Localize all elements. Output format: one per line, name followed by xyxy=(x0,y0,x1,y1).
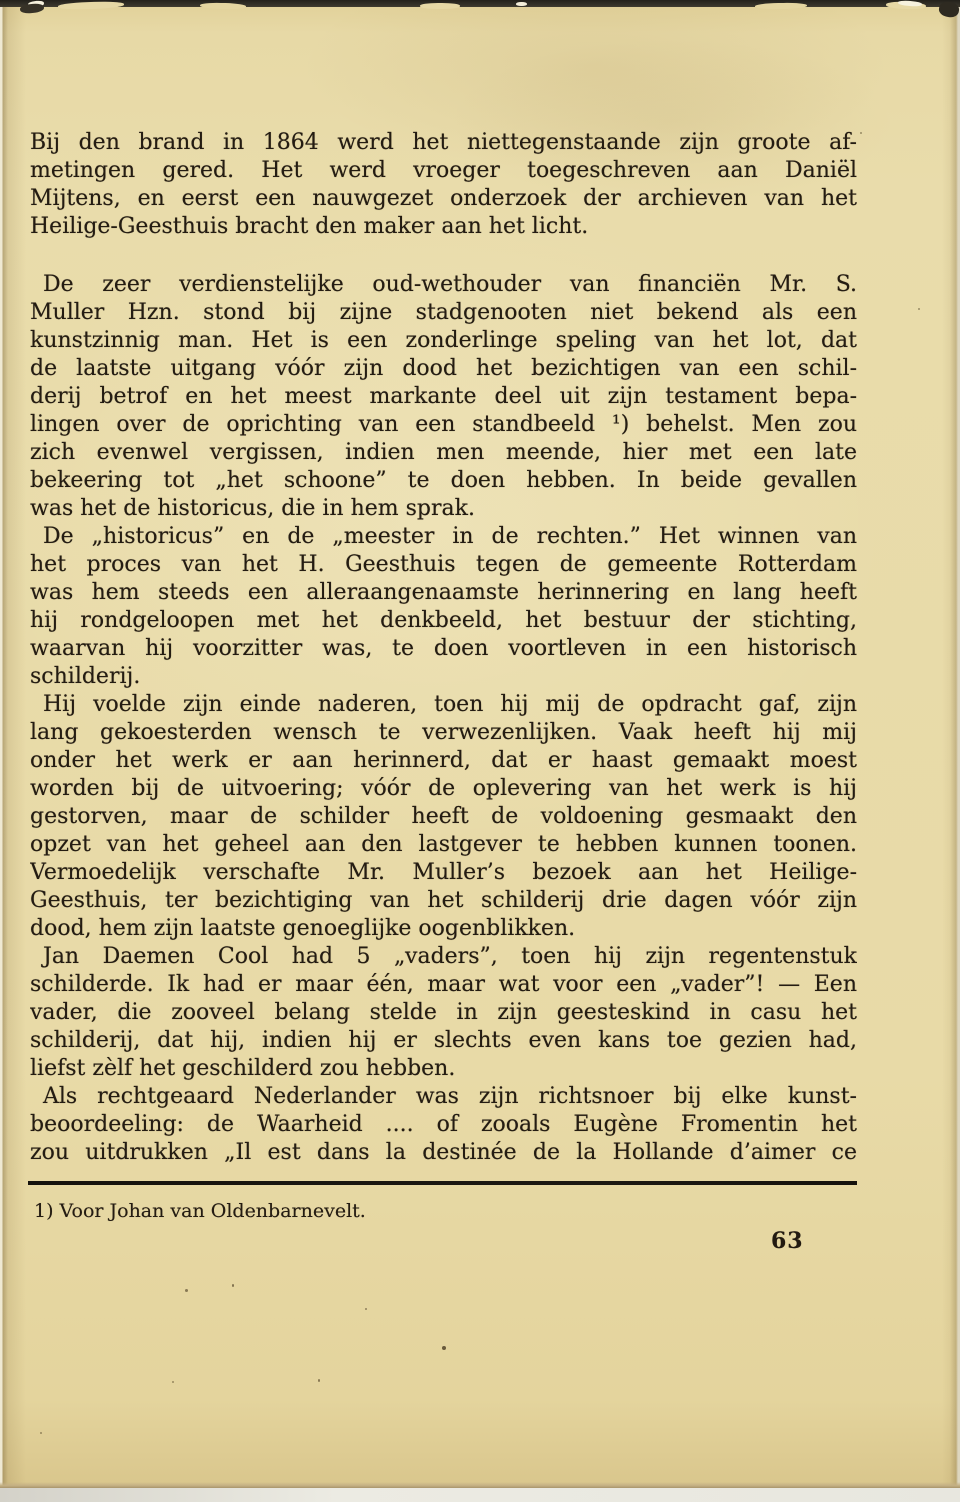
paper-speck xyxy=(365,1308,367,1310)
text-line: Heilige-Geesthuis bracht den maker aan h… xyxy=(30,213,857,241)
text-line: vader, die zooveel belang stelde in zijn… xyxy=(30,999,857,1027)
text-line: schilderij, dat hij, indien hij er slech… xyxy=(30,1027,857,1055)
paper-speck xyxy=(318,1379,320,1382)
text-line: dood, hem zijn laatste genoeglijke oogen… xyxy=(30,915,857,943)
text-line: liefst zèlf het geschilderd zou hebben. xyxy=(30,1055,857,1083)
text-line: metingen gered. Het werd vroeger toegesc… xyxy=(30,157,857,185)
text-line: schilderde. Ik had er maar één, maar wat… xyxy=(30,971,857,999)
paragraph: De zeer verdienstelijke oud-wethouder va… xyxy=(30,271,857,523)
text-line: Jan Daemen Cool had 5 „vaders”, toen hij… xyxy=(30,943,857,971)
text-line: het proces van het H. Geesthuis tegen de… xyxy=(30,551,857,579)
page-number: 63 xyxy=(771,1228,804,1254)
text-line: schilderij. xyxy=(30,663,857,691)
page-bottom-edge xyxy=(0,1482,960,1488)
paragraph: Als rechtgeaard Nederlander was zijn ric… xyxy=(30,1083,857,1167)
text-line: opzet van het geheel aan den lastgever t… xyxy=(30,831,857,859)
text-line: onder het werk er aan herinnerd, dat er … xyxy=(30,747,857,775)
body-text: Bij den brand in 1864 werd het niettegen… xyxy=(30,129,857,1167)
torn-edge-white-chip xyxy=(516,2,527,6)
text-line: Als rechtgeaard Nederlander was zijn ric… xyxy=(30,1083,857,1111)
paragraph: Bij den brand in 1864 werd het niettegen… xyxy=(30,129,857,241)
torn-edge-chip xyxy=(420,3,460,9)
text-line: hij rondgeloopen met het denkbeeld, het … xyxy=(30,607,857,635)
text-line: De zeer verdienstelijke oud-wethouder va… xyxy=(30,271,857,299)
text-line: de laatste uitgang vóór zijn dood het be… xyxy=(30,355,857,383)
paper-speck xyxy=(860,132,862,134)
page-left-edge xyxy=(0,7,8,1488)
text-line: zou uitdrukken „Il est dans la destinée … xyxy=(30,1139,857,1167)
text-line: worden bij de uitvoering; vóór de opleve… xyxy=(30,775,857,803)
text-line: beoordeeling: de Waarheid .... of zooals… xyxy=(30,1111,857,1139)
text-line: Mijtens, en eerst een nauwgezet onderzoe… xyxy=(30,185,857,213)
text-line: Vermoedelijk verschafte Mr. Muller’s bez… xyxy=(30,859,857,887)
text-line: kunstzinnig man. Het is een zonderlinge … xyxy=(30,327,857,355)
text-line: was hem steeds een alleraangenaamste her… xyxy=(30,579,857,607)
paper-speck xyxy=(172,1381,174,1383)
paper-speck xyxy=(40,1432,42,1434)
text-line: bekeering tot „het schoone” te doen hebb… xyxy=(30,467,857,495)
text-line: waarvan hij voorzitter was, te doen voor… xyxy=(30,635,857,663)
text-line: Bij den brand in 1864 werd het niettegen… xyxy=(30,129,857,157)
paragraph: Jan Daemen Cool had 5 „vaders”, toen hij… xyxy=(30,943,857,1083)
paper-speck xyxy=(918,308,920,310)
text-line: lang gekoesterden wensch te verwezenlijk… xyxy=(30,719,857,747)
scan-bottom-strip xyxy=(0,1488,960,1502)
text-line: zich evenwel vergissen, indien men meend… xyxy=(30,439,857,467)
text-line: De „historicus” en de „meester in de rec… xyxy=(30,523,857,551)
page-right-edge xyxy=(950,7,960,1488)
text-line: was het de historicus, die in hem sprak. xyxy=(30,495,857,523)
text-line: Geesthuis, ter bezichtiging van het schi… xyxy=(30,887,857,915)
text-line: Hij voelde zijn einde naderen, toen hij … xyxy=(30,691,857,719)
text-line: lingen over de oprichting van een standb… xyxy=(30,411,857,439)
paragraph: Hij voelde zijn einde naderen, toen hij … xyxy=(30,691,857,943)
paper-speck xyxy=(185,1289,188,1292)
text-line: derij betrof en het meest markante deel … xyxy=(30,383,857,411)
paper-speck xyxy=(232,1284,234,1287)
text-line: gestorven, maar de schilder heeft de vol… xyxy=(30,803,857,831)
book-page: Bij den brand in 1864 werd het niettegen… xyxy=(0,7,960,1488)
scanned-book-page: Bij den brand in 1864 werd het niettegen… xyxy=(0,0,960,1502)
paper-speck xyxy=(442,1346,446,1350)
paragraph: De „historicus” en de „meester in de rec… xyxy=(30,523,857,691)
footnote-divider xyxy=(28,1181,857,1185)
text-line: Muller Hzn. stond bij zijne stadgenooten… xyxy=(30,299,857,327)
footnote: 1) Voor Johan van Oldenbarnevelt. xyxy=(34,1199,366,1223)
